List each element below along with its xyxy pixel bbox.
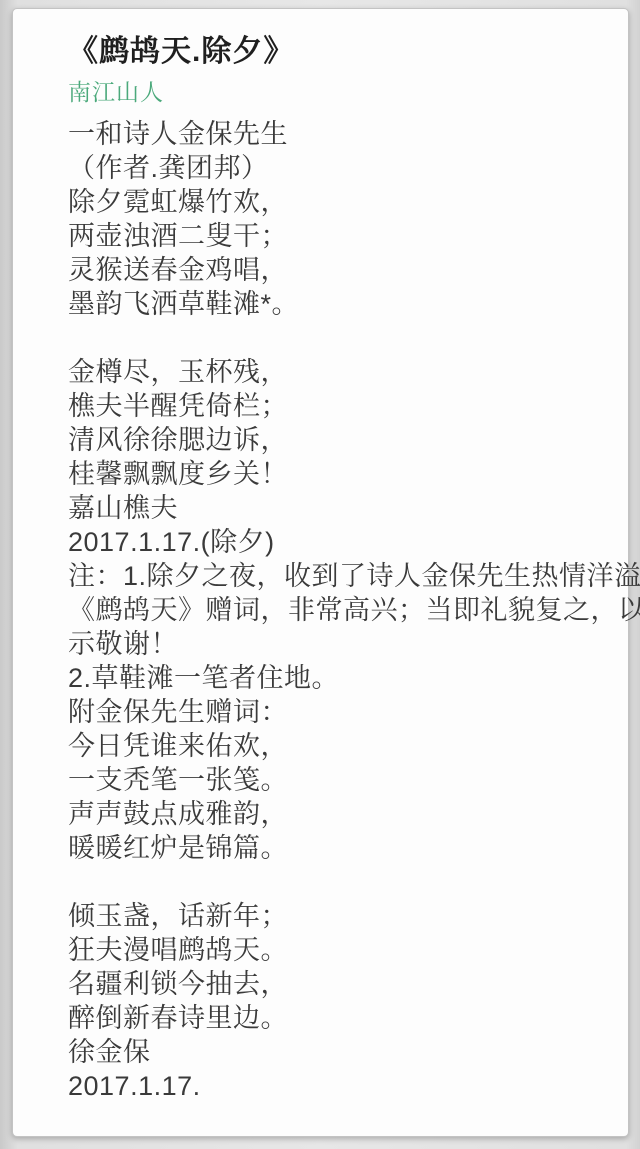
article-title: 《鹧鸪天.除夕》 bbox=[68, 35, 586, 69]
article-body: 一和诗人金保先生（作者.龚团邦）除夕霓虹爆竹欢，两壶浊酒二叟干；灵猴送春金鸡唱，… bbox=[68, 117, 586, 1103]
text-line: 2017.1.17. bbox=[68, 1069, 586, 1103]
text-line: 示敬谢！ bbox=[68, 627, 586, 661]
text-line: 狂夫漫唱鹧鸪天。 bbox=[68, 933, 586, 967]
text-line bbox=[68, 321, 586, 355]
text-line: 今日凭谁来佑欢， bbox=[68, 729, 586, 763]
text-line: 附金保先生赠词： bbox=[68, 695, 586, 729]
text-line: 倾玉盏，话新年； bbox=[68, 899, 586, 933]
text-line bbox=[68, 865, 586, 899]
article-card: 《鹧鸪天.除夕》 南江山人 一和诗人金保先生（作者.龚团邦）除夕霓虹爆竹欢，两壶… bbox=[12, 8, 629, 1137]
text-line: 一和诗人金保先生 bbox=[68, 117, 586, 151]
text-line: 桂馨飘飘度乡关！ bbox=[68, 457, 586, 491]
text-line: 两壶浊酒二叟干； bbox=[68, 219, 586, 253]
text-line: 墨韵飞洒草鞋滩*。 bbox=[68, 287, 586, 321]
article-author[interactable]: 南江山人 bbox=[68, 79, 586, 105]
text-line: 金樽尽，玉杯残， bbox=[68, 355, 586, 389]
text-line: 一支秃笔一张笺。 bbox=[68, 763, 586, 797]
text-line: 2.草鞋滩一笔者住地。 bbox=[68, 661, 586, 695]
text-line: 樵夫半醒凭倚栏； bbox=[68, 389, 586, 423]
text-line: 徐金保 bbox=[68, 1035, 586, 1069]
text-line: 嘉山樵夫 bbox=[68, 491, 586, 525]
page-background: 《鹧鸪天.除夕》 南江山人 一和诗人金保先生（作者.龚团邦）除夕霓虹爆竹欢，两壶… bbox=[0, 0, 640, 1149]
text-line: （作者.龚团邦） bbox=[68, 151, 586, 185]
text-line: 《鹧鸪天》赠词，非常高兴；当即礼貌复之，以 bbox=[68, 593, 586, 627]
text-line: 注：1.除夕之夜，收到了诗人金保先生热情洋溢的 bbox=[68, 559, 586, 593]
text-line: 灵猴送春金鸡唱， bbox=[68, 253, 586, 287]
text-line: 名疆利锁今抽去， bbox=[68, 967, 586, 1001]
text-line: 醉倒新春诗里边。 bbox=[68, 1001, 586, 1035]
text-line: 暖暖红炉是锦篇。 bbox=[68, 831, 586, 865]
text-line: 除夕霓虹爆竹欢， bbox=[68, 185, 586, 219]
text-line: 2017.1.17.(除夕) bbox=[68, 525, 586, 559]
text-line: 清风徐徐腮边诉， bbox=[68, 423, 586, 457]
text-line: 声声鼓点成雅韵， bbox=[68, 797, 586, 831]
